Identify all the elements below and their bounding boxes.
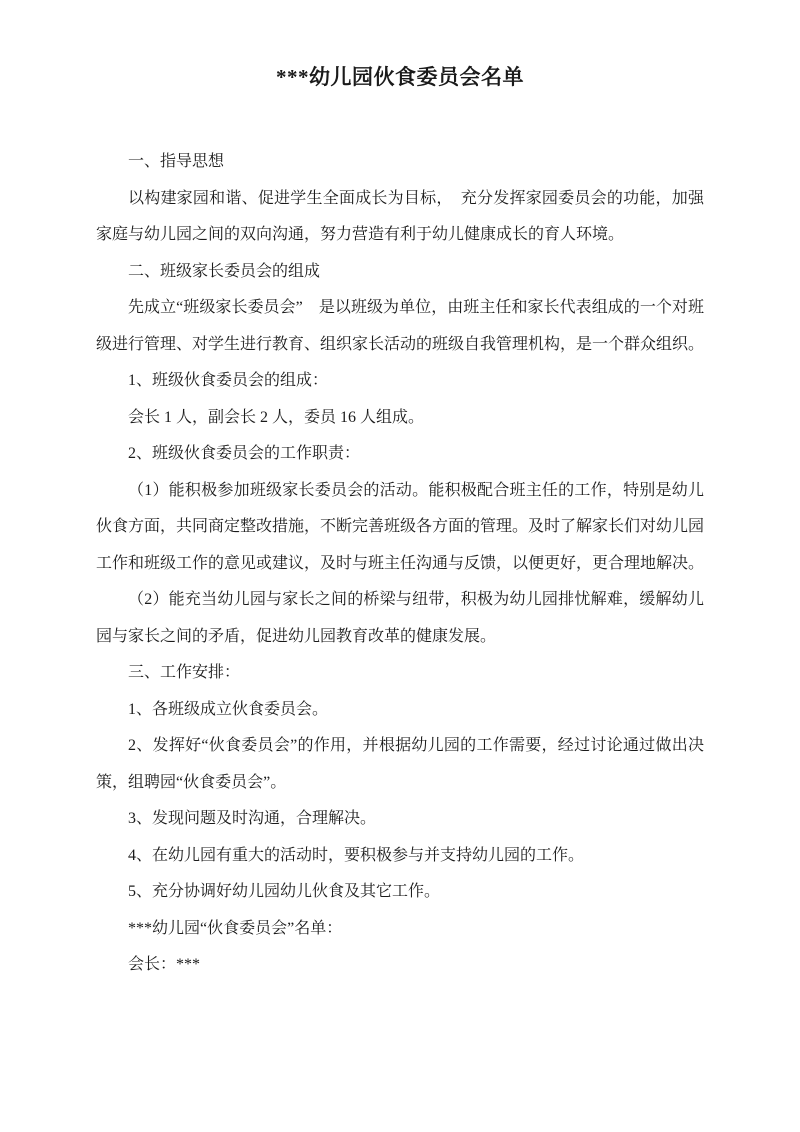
paragraph-duty-1: （1）能积极参加班级家长委员会的活动。能积极配合班主任的工作，特别是幼儿伙食方面… (96, 473, 704, 583)
paragraph-guiding-ideology: 以构建家园和谐、促进学生全面成长为目标， 充分发挥家园委员会的功能，加强家庭与幼… (96, 181, 704, 254)
document-title: ***幼儿园伙食委员会名单 (0, 0, 800, 96)
paragraph-heading-2: 二、班级家长委员会的组成 (96, 254, 704, 291)
document-page: ***幼儿园伙食委员会名单 一、指导思想 以构建家园和谐、促进学生全面成长为目标… (0, 0, 800, 1132)
paragraph-arrangement-4: 4、在幼儿园有重大的活动时，要积极参与并支持幼儿园的工作。 (96, 838, 704, 875)
paragraph-roster-heading: ***幼儿园“伙食委员会”名单： (96, 911, 704, 948)
paragraph-president-line: 会长：*** (96, 947, 704, 984)
paragraph-arrangement-3: 3、发现问题及时沟通，合理解决。 (96, 801, 704, 838)
paragraph-arrangement-5: 5、充分协调好幼儿园幼儿伙食及其它工作。 (96, 874, 704, 911)
paragraph-duty-2: （2）能充当幼儿园与家长之间的桥梁与纽带，积极为幼儿园排忧解难，缓解幼儿园与家长… (96, 582, 704, 655)
paragraph-composition-heading: 1、班级伙食委员会的组成： (96, 363, 704, 400)
document-body: 一、指导思想 以构建家园和谐、促进学生全面成长为目标， 充分发挥家园委员会的功能… (0, 144, 800, 984)
paragraph-duties-heading: 2、班级伙食委员会的工作职责： (96, 436, 704, 473)
paragraph-arrangement-1: 1、各班级成立伙食委员会。 (96, 692, 704, 729)
paragraph-arrangement-2: 2、发挥好“伙食委员会”的作用，并根据幼儿园的工作需要，经过讨论通过做出决策，组… (96, 728, 704, 801)
paragraph-composition-detail: 会长 1 人，副会长 2 人，委员 16 人组成。 (96, 400, 704, 437)
paragraph-committee-formation: 先成立“班级家长委员会” 是以班级为单位，由班主任和家长代表组成的一个对班级进行… (96, 290, 704, 363)
paragraph-heading-3: 三、工作安排： (96, 655, 704, 692)
paragraph-heading-1: 一、指导思想 (96, 144, 704, 181)
